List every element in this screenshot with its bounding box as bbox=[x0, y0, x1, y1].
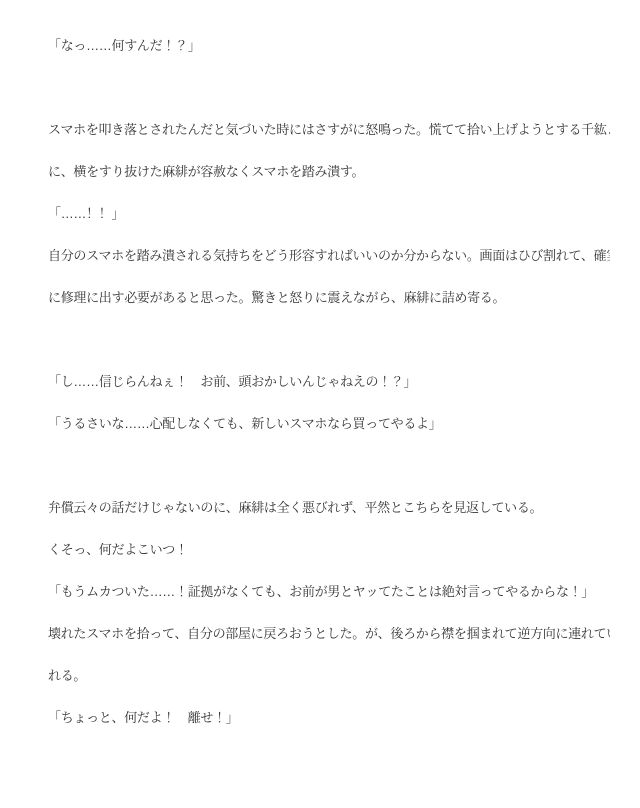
blank-line bbox=[48, 67, 610, 109]
text-line: 「もうムカついた……！証拠がなくても、お前が男とヤッてたことは絶対言ってやるから… bbox=[48, 571, 610, 613]
text-line: 弁償云々の話だけじゃないのに、麻緋は全く悪びれず、平然とこちらを見返している。 bbox=[48, 487, 610, 529]
text-line: 「し……信じらんねぇ！ お前、頭おかしいんじゃねえの！？」 bbox=[48, 361, 610, 403]
text-line: に修理に出す必要があると思った。驚きと怒りに震えながら、麻緋に詰め寄る。 bbox=[48, 277, 610, 319]
text-line: 自分のスマホを踏み潰される気持ちをどう形容すればいいのか分からない。画面はひび割… bbox=[48, 235, 610, 277]
novel-text-page: 「なっ……何すんだ！？」 スマホを叩き落とされたんだと気づいた時にはさすがに怒鳴… bbox=[0, 0, 640, 808]
text-line: に、横をすり抜けた麻緋が容赦なくスマホを踏み潰す。 bbox=[48, 151, 610, 193]
text-line: くそっ、何だよこいつ！ bbox=[48, 529, 610, 571]
text-line: 「うるさいな……心配しなくても、新しいスマホなら買ってやるよ」 bbox=[48, 403, 610, 445]
text-line: 壊れたスマホを拾って、自分の部屋に戻ろおうとした。が、後ろから襟を掴まれて逆方向… bbox=[48, 613, 610, 655]
text-line: 「なっ……何すんだ！？」 bbox=[48, 25, 610, 67]
blank-line bbox=[48, 445, 610, 487]
text-line: れる。 bbox=[48, 655, 610, 697]
text-line: 「ちょっと、何だよ！ 離せ！」 bbox=[48, 697, 610, 739]
blank-line bbox=[48, 319, 610, 361]
text-line: 「……！！」 bbox=[48, 193, 610, 235]
text-line: スマホを叩き落とされたんだと気づいた時にはさすがに怒鳴った。慌てて拾い上げようと… bbox=[48, 109, 610, 151]
